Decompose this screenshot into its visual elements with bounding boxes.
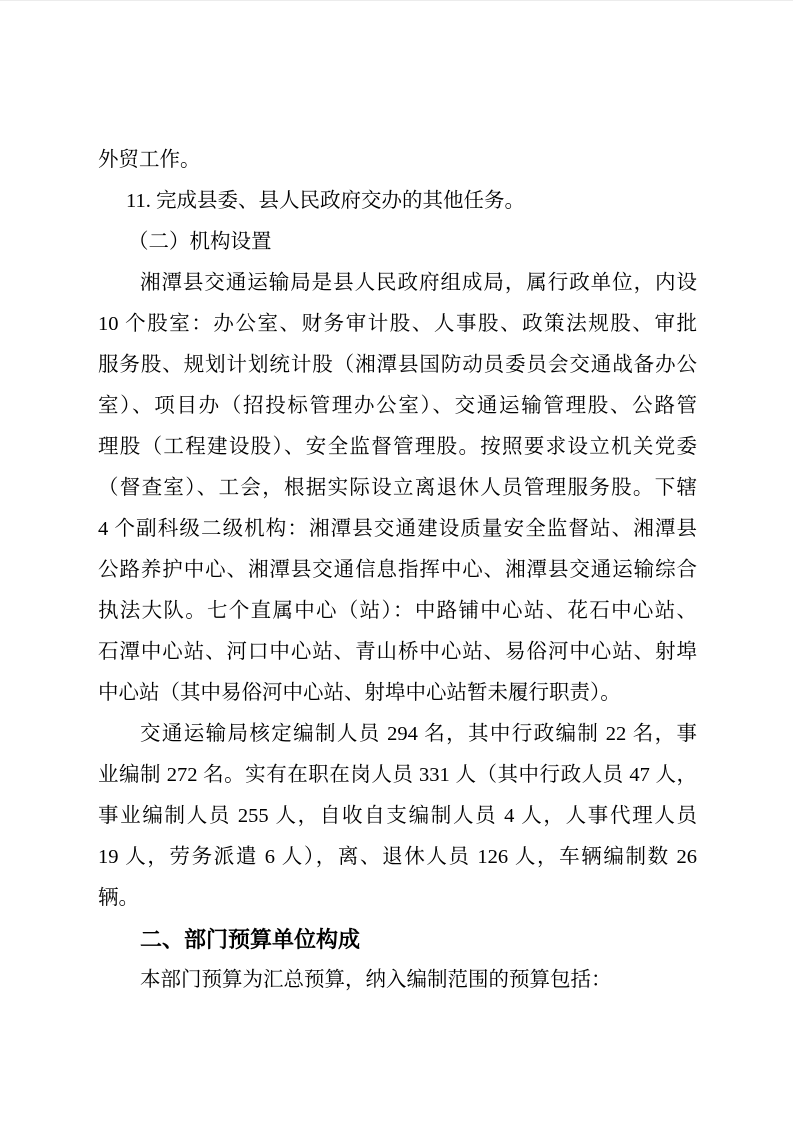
org-paragraph-line: 4 个副科级二级机构：湘潭县交通建设质量安全监督站、湘潭县 <box>98 509 697 550</box>
org-paragraph-line: 石潭中心站、河口中心站、青山桥中心站、易俗河中心站、射埠 <box>98 632 697 673</box>
carryover-line: 外贸工作。 <box>98 140 697 181</box>
staffing-paragraph-line: 事业编制人员 255 人，自收自支编制人员 4 人，人事代理人员 <box>98 796 697 837</box>
staffing-paragraph-line: 业编制 272 名。实有在职在岗人员 331 人（其中行政人员 47 人， <box>98 755 697 796</box>
org-paragraph-line: 理股（工程建设股）、安全监督管理股。按照要求设立机关党委 <box>98 427 697 468</box>
staffing-paragraph-line: 19 人，劳务派遣 6 人），离、退休人员 126 人，车辆编制数 26 <box>98 837 697 878</box>
org-paragraph-line: 10 个股室：办公室、财务审计股、人事股、政策法规股、审批 <box>98 304 697 345</box>
document-page: 外贸工作。 11. 完成县委、县人民政府交办的其他任务。 （二）机构设置 湘潭县… <box>0 0 793 1122</box>
staffing-paragraph-line: 辆。 <box>98 878 697 919</box>
org-paragraph-line: 湘潭县交通运输局是县人民政府组成局，属行政单位，内设 <box>98 263 697 304</box>
budget-scope-line: 本部门预算为汇总预算，纳入编制范围的预算包括： <box>98 960 697 1001</box>
staffing-paragraph-line: 交通运输局核定编制人员 294 名，其中行政编制 22 名，事 <box>98 714 697 755</box>
org-paragraph-line: 中心站（其中易俗河中心站、射埠中心站暂未履行职责）。 <box>98 673 697 714</box>
org-paragraph-line: 执法大队。七个直属中心（站）：中路铺中心站、花石中心站、 <box>98 591 697 632</box>
org-paragraph-line: 公路养护中心、湘潭县交通信息指挥中心、湘潭县交通运输综合 <box>98 550 697 591</box>
section-2-heading: 二、部门预算单位构成 <box>98 919 697 960</box>
org-paragraph-line: 服务股、规划计划统计股（湘潭县国防动员委员会交通战备办公 <box>98 345 697 386</box>
org-paragraph-line: （督查室）、工会，根据实际设立离退休人员管理服务股。下辖 <box>98 468 697 509</box>
task-item-11: 11. 完成县委、县人民政府交办的其他任务。 <box>98 181 697 222</box>
org-paragraph-line: 室）、项目办（招投标管理办公室）、交通运输管理股、公路管 <box>98 386 697 427</box>
subsection-heading-org-setup: （二）机构设置 <box>98 222 697 263</box>
page-content: 外贸工作。 11. 完成县委、县人民政府交办的其他任务。 （二）机构设置 湘潭县… <box>98 140 697 1001</box>
